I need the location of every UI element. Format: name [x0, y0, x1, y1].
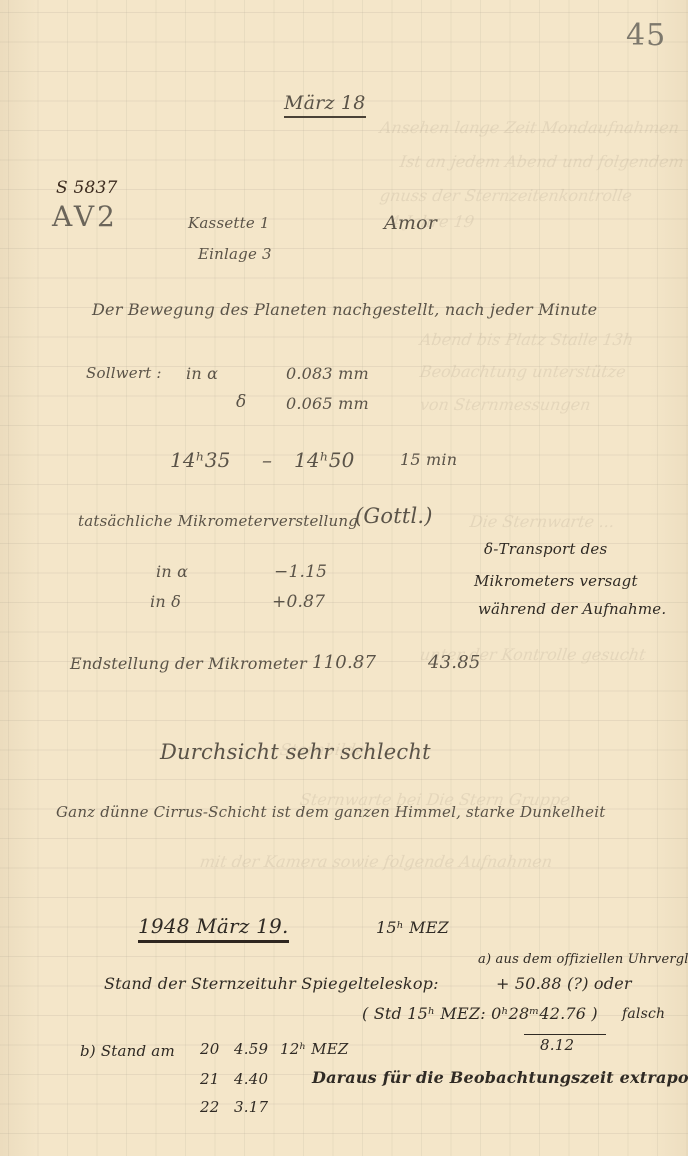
entry-date: März 18 — [284, 92, 366, 118]
corr-delta-value: +0.87 — [272, 592, 325, 612]
bleed-through-text: Die Sternwarte ... — [469, 512, 616, 531]
reading-value: 4.59 — [234, 1040, 268, 1058]
side-note-line-2: Mikrometers versagt — [474, 572, 638, 590]
bleed-through-text: von Sternmessungen — [419, 395, 592, 414]
entry2-time: 15ʰ MEZ — [376, 918, 449, 937]
exposure-start: 14ʰ35 — [170, 448, 231, 472]
sky-condition-note: Ganz dünne Cirrus-Schicht ist dem ganzen… — [56, 803, 605, 821]
final-position-label: Endstellung der Mikrometer — [70, 654, 307, 673]
clock-difference: 8.12 — [540, 1036, 574, 1054]
rate-delta-value: 0.065 mm — [286, 394, 369, 413]
reading-note: 12ʰ MEZ — [280, 1040, 348, 1058]
entry2-date-text: 1948 März 19. — [138, 914, 289, 938]
plate-number: S 5837 — [56, 178, 118, 198]
corr-alpha-value: −1.15 — [274, 562, 327, 582]
clock-wrong-note: falsch — [622, 1006, 665, 1022]
b-label: b) Stand am — [80, 1042, 175, 1060]
einlage-label: Einlage 3 — [198, 245, 272, 263]
clock-label: Stand der Sternzeituhr Spiegelteleskop: — [104, 974, 439, 993]
exposure-dash: – — [262, 448, 272, 472]
exposure-end: 14ʰ50 — [294, 448, 355, 472]
bleed-through-text: Beobachtung unterstütze — [419, 362, 627, 381]
bleed-through-text: Ansehen lange Zeit Mondaufnahmen — [379, 118, 681, 137]
object-name: Amor — [384, 212, 437, 234]
rate-alpha-value: 0.083 mm — [286, 364, 369, 383]
clock-paren-note: ( Std 15ʰ MEZ: 0ʰ28ᵐ42.76 ) — [362, 1004, 598, 1023]
rate-alpha-label: in α — [186, 364, 218, 383]
instrument-code: AV2 — [52, 200, 118, 233]
correction-source: (Gottl.) — [355, 504, 433, 528]
bleed-through-text: Abend bis Platz Stalle 13h — [419, 330, 635, 349]
entry2-date: 1948 März 19. — [138, 914, 289, 943]
clock-value: + 50.88 (?) oder — [496, 974, 632, 993]
reading-value: 4.40 — [234, 1070, 268, 1088]
entry-date-text: März 18 — [284, 92, 366, 114]
bleed-through-text: gnuss der Sternzeitenkontrolle — [379, 186, 634, 205]
reading-day: 20 — [200, 1040, 220, 1058]
final-position-value-2: 43.85 — [428, 652, 481, 673]
notebook-page: Ansehen lange Zeit Mondaufnahmen Ist an … — [0, 0, 688, 1156]
rate-delta-label: δ — [236, 392, 246, 412]
conclusion-note: Daraus für die Beobachtungszeit extrapol… — [312, 1068, 688, 1087]
bleed-through-text: mit der Kamera sowie folgende Aufnahmen — [199, 852, 554, 871]
subtraction-line — [524, 1034, 606, 1035]
reading-day: 21 — [200, 1070, 220, 1088]
exposure-duration: 15 min — [400, 450, 457, 469]
tracking-note: Der Bewegung des Planeten nachgestellt, … — [92, 300, 597, 319]
rate-label: Sollwert : — [86, 364, 162, 382]
corr-delta-label: in δ — [150, 592, 181, 611]
clock-note-a: a) aus dem offiziellen Uhrvergleich: — [478, 952, 688, 967]
page-number: 45 — [626, 18, 666, 53]
corr-alpha-label: in α — [156, 562, 188, 581]
side-note-line-3: während der Aufnahme. — [478, 600, 666, 618]
kassette-label: Kassette 1 — [188, 214, 270, 232]
correction-label: tatsächliche Mikrometerverstellung — [78, 512, 358, 530]
bleed-through-text: Ist an jedem Abend und folgendem Tage — [399, 152, 688, 171]
reading-day: 22 — [200, 1098, 220, 1116]
seeing-note: Durchsicht sehr schlecht — [160, 740, 431, 764]
reading-value: 3.17 — [234, 1098, 268, 1116]
side-note-line-1: δ-Transport des — [484, 540, 607, 558]
final-position-value-1: 110.87 — [312, 652, 376, 673]
